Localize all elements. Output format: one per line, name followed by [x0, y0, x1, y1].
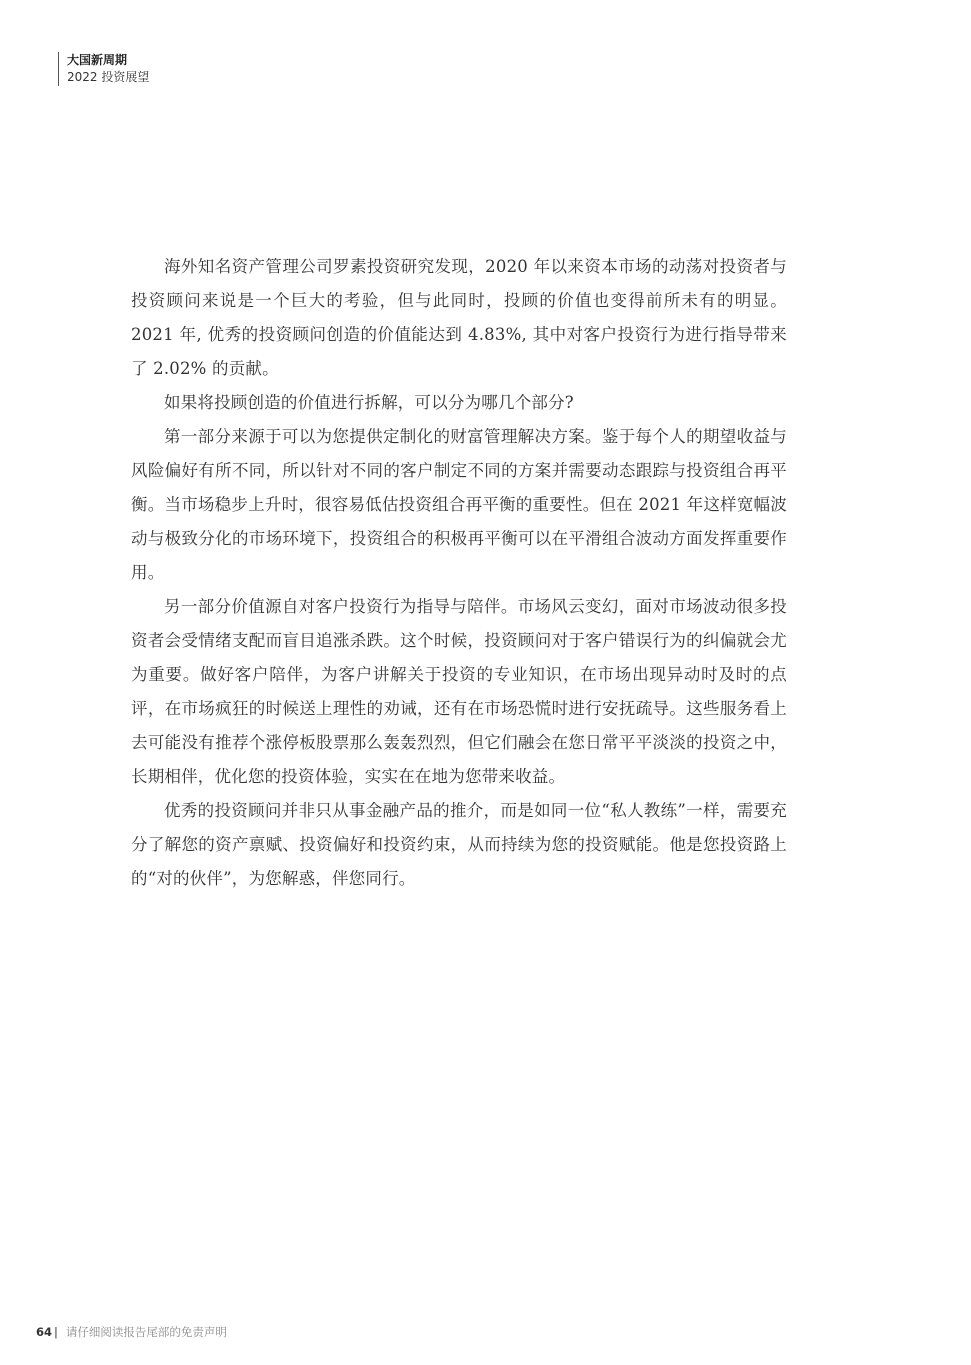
paragraph-conclusion: 优秀的投资顾问并非只从事金融产品的推介，而是如同一位“私人教练”一样，需要充分了…	[131, 794, 787, 896]
paragraph-question: 如果将投顾创造的价值进行拆解，可以分为哪几个部分?	[131, 386, 787, 420]
paragraph-research-finding: 海外知名资产管理公司罗素投资研究发现，2020 年以来资本市场的动荡对投资者与投…	[131, 250, 787, 386]
disclaimer-notice: 请仔细阅读报告尾部的免责声明	[66, 1325, 227, 1339]
report-series-title: 大国新周期	[67, 52, 149, 69]
paragraph-part-two: 另一部分价值源自对客户投资行为指导与陪伴。市场风云变幻，面对市场波动很多投资者会…	[131, 590, 787, 794]
footer-separator: |	[54, 1325, 58, 1339]
page-number: 64	[36, 1325, 52, 1339]
page-footer: 64|请仔细阅读报告尾部的免责声明	[36, 1324, 227, 1340]
article-body: 海外知名资产管理公司罗素投资研究发现，2020 年以来资本市场的动荡对投资者与投…	[131, 250, 787, 896]
running-header: 大国新周期 2022 投资展望	[58, 52, 149, 86]
report-subtitle: 2022 投资展望	[67, 69, 149, 86]
paragraph-part-one: 第一部分来源于可以为您提供定制化的财富管理解决方案。鉴于每个人的期望收益与风险偏…	[131, 420, 787, 590]
